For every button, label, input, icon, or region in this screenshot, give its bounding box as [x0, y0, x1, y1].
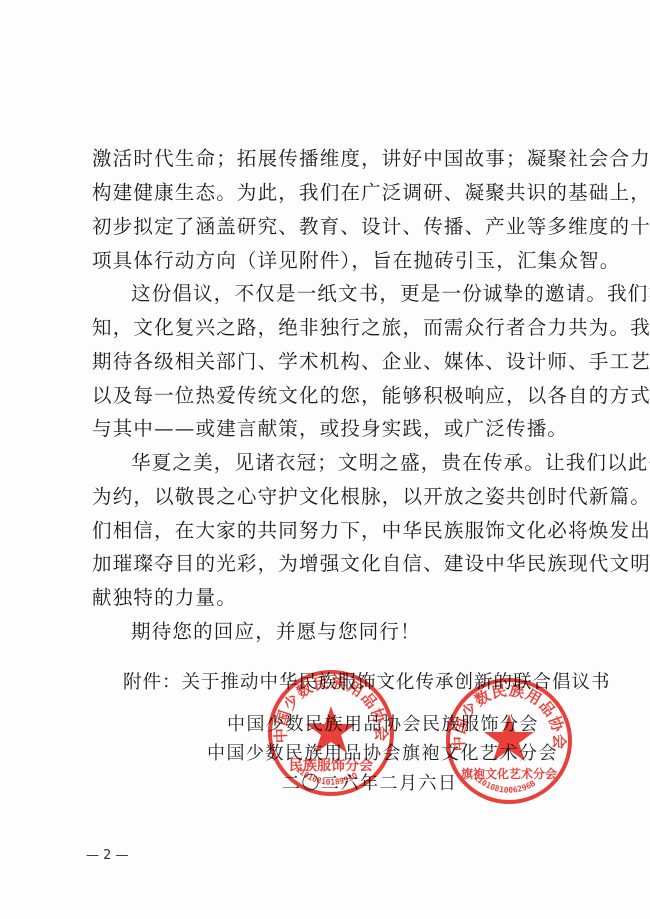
- body-line-6: 知，文化复兴之路，绝非独行之旅，而需众行者合力共为。我们: [92, 315, 564, 341]
- body-line-3: 初步拟定了涵盖研究、教育、设计、传播、产业等多维度的十二: [92, 214, 564, 240]
- body-line-9: 与其中——或建言献策，或投身实践，或广泛传播。: [92, 416, 564, 442]
- body-line-11: 为约，以敬畏之心守护文化根脉，以开放之姿共创时代新篇。我: [92, 484, 564, 510]
- body-line-2: 构建健康生态。为此，我们在广泛调研、凝聚共识的基础上，已: [92, 180, 564, 206]
- official-seal-icon: 中国少数民族用品协会 民族服饰分会 1101081018993Q: [266, 668, 396, 798]
- closing-line: 期待您的回应，并愿与您同行！: [131, 619, 564, 645]
- body-line-8: 以及每一位热爱传统文化的您，能够积极响应，以各自的方式参: [92, 383, 564, 409]
- official-seal-icon: 中国少数民族用品协会 旗袍文化艺术分会 1101081006296B: [444, 676, 574, 806]
- body-line-10: 华夏之美，见诸衣冠；文明之盛，贵在传承。让我们以此信: [131, 450, 564, 476]
- body-line-13: 加璀璨夺目的光彩，为增强文化自信、建设中华民族现代文明贡: [92, 551, 564, 577]
- body-line-7: 期待各级相关部门、学术机构、企业、媒体、设计师、手工艺人: [92, 349, 564, 375]
- page-number: — 2 —: [86, 848, 129, 863]
- body-line-4: 项具体行动方向（详见附件），旨在抛砖引玉，汇集众智。: [92, 248, 564, 274]
- body-line-1: 激活时代生命；拓展传播维度，讲好中国故事；凝聚社会合力，: [92, 146, 564, 172]
- document-page: 激活时代生命；拓展传播维度，讲好中国故事；凝聚社会合力， 构建健康生态。为此，我…: [0, 0, 650, 919]
- body-line-14: 献独特的力量。: [92, 585, 564, 611]
- body-line-12: 们相信，在大家的共同努力下，中华民族服饰文化必将焕发出更: [92, 518, 564, 544]
- body-line-5: 这份倡议，不仅是一纸文书，更是一份诚挚的邀请。我们深: [131, 281, 564, 307]
